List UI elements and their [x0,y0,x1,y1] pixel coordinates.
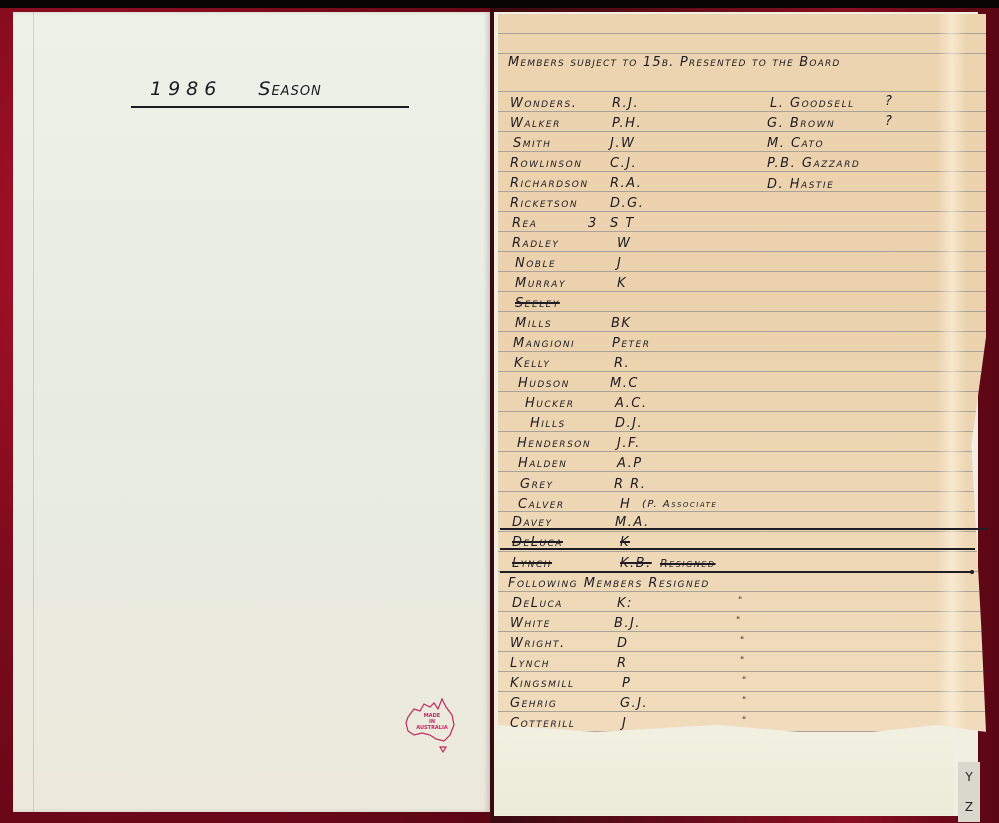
member-surname: Calver [518,497,565,512]
member-surname: Murray [515,276,566,291]
heading-underline [131,106,409,108]
made-in-australia-stamp: MADE IN AUSTRALIA [400,695,460,755]
member-initials: M.C [610,376,639,391]
member-initials: R.J. [612,96,639,111]
member-initials: R R. [614,477,646,492]
side-name: L. Goodsell [770,96,855,111]
resigned-surname: Gehrig [510,696,557,711]
handwritten-note-paper [498,14,986,732]
resigned-initials: B.J. [614,616,641,631]
member-surname: Halden [518,456,567,471]
member-initials: R. [614,356,630,371]
member-surname: Hudson [518,376,570,391]
member-surname: Wonders. [510,96,577,111]
member-surname: Smith [513,136,551,151]
member-surname: Hucker [525,396,575,411]
member-initials: J.F. [617,436,641,451]
member-note: (P. Associate [642,499,717,510]
season-year: 1986 [150,78,222,100]
ditto-mark: " [740,636,746,646]
member-surname: Mangioni [513,336,575,351]
member-surname: Hills [530,416,566,431]
side-name: P.B. Gazzard [767,156,860,171]
resigned-initials: G.J. [620,696,648,711]
side-mark: ? [885,94,893,109]
resigned-initials: K: [617,596,633,611]
side-name: M. Cato [767,136,824,151]
page-margin-line [33,12,34,812]
member-surname: Walker [510,116,561,131]
member-initials: P.H. [612,116,642,131]
season-word: Season [258,78,321,100]
member-surname: Richardson [510,176,589,191]
member-surname-struck: Seeley [515,296,560,311]
member-surname-struck: Lynch [512,556,552,571]
ditto-mark: " [742,696,748,706]
member-mark: 3 [588,216,598,231]
ditto-mark: " [740,656,746,666]
resigned-surname: DeLuca [512,596,563,611]
pen-line [500,571,970,573]
resigned-initials: P [622,676,631,691]
member-initials-struck: K.B. [620,556,652,571]
index-page-insert [494,730,954,815]
resigned-surname: Kingsmill [510,676,575,691]
ditto-mark: " [742,716,748,726]
member-initials: D.J. [615,416,643,431]
resigned-initials: J [622,716,627,731]
member-surname: Rea [512,216,537,231]
member-surname: Noble [515,256,556,271]
resigned-initials: D [617,636,629,651]
member-initials: H [620,497,631,512]
member-surname: Grey [520,477,554,492]
member-initials: W [617,236,631,251]
member-surname: Kelly [514,356,550,371]
index-tab-y[interactable]: Y [958,762,980,792]
ditto-mark: " [742,676,748,686]
member-initials: J [617,256,622,271]
member-initials: A.C. [615,396,647,411]
member-surname: Radley [512,236,559,251]
left-page [13,12,490,812]
side-mark: ? [885,114,893,129]
member-initials: Peter [612,336,650,351]
resigned-heading: Following Members Resigned [508,576,710,591]
member-initials: BK [611,316,631,331]
resigned-surname: White [510,616,551,631]
resigned-surname: Cotterill [510,716,575,731]
pen-line [500,548,975,550]
resigned-initials: R [617,656,628,671]
member-initials: R.A. [610,176,642,191]
ditto-mark: " [736,616,742,626]
side-name: D. Hastie [767,177,834,192]
side-name: G. Brown [767,116,835,131]
member-initials: J.W [610,136,635,151]
season-heading: 1986 Season [150,78,420,100]
member-surname: Mills [515,316,552,331]
pen-line [500,528,988,530]
index-tab-z[interactable]: Z [958,792,980,822]
ditto-mark: " [738,596,744,606]
member-surname: Henderson [517,436,591,451]
member-initials: S T [610,216,635,231]
member-surname: Rowlinson [510,156,582,171]
member-note-struck: Resigned [660,557,716,570]
member-initials: C.J. [610,156,637,171]
resigned-surname: Lynch [510,656,550,671]
resigned-surname: Wright. [510,636,566,651]
member-initials: D.G. [610,196,644,211]
pen-dot [970,570,974,574]
member-initials: A.P [617,456,643,471]
member-surname: Ricketson [510,196,578,211]
note-title: Members subject to 15b. Presented to the… [508,55,841,70]
member-initials: K [617,276,627,291]
